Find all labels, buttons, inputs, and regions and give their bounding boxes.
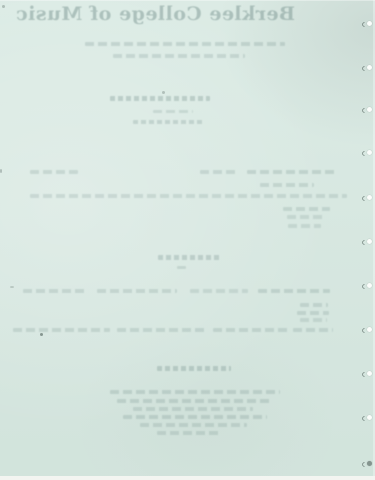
punch-hole xyxy=(367,195,372,200)
punch-hole xyxy=(367,461,372,466)
bleedthrough-text-line xyxy=(293,328,333,332)
ink-speck xyxy=(10,286,14,288)
bleedthrough-text-line xyxy=(133,120,205,124)
bleedthrough-text-line xyxy=(288,224,321,228)
scan-edge-top xyxy=(0,0,375,1)
bleedthrough-text-line xyxy=(117,399,273,403)
bleedthrough-text-line xyxy=(30,170,78,174)
bleedthrough-text-line xyxy=(300,303,328,307)
punch-hole xyxy=(367,371,372,376)
bleedthrough-text-line xyxy=(247,170,335,174)
ink-speck xyxy=(162,91,165,94)
bleedthrough-text-line xyxy=(287,215,326,219)
bleedthrough-text-line xyxy=(158,255,220,260)
bleedthrough-text-line xyxy=(300,318,327,322)
bleedthrough-text-line xyxy=(85,42,285,46)
bleedthrough-text-line xyxy=(157,431,220,435)
punch-hole xyxy=(367,327,372,332)
bleedthrough-text-line xyxy=(133,407,253,411)
punch-hole xyxy=(367,415,372,420)
bleedthrough-text-line xyxy=(13,328,110,332)
bleedthrough-text-line xyxy=(213,328,290,332)
punch-hole xyxy=(367,21,372,26)
bleedthrough-text-line xyxy=(23,289,87,293)
ink-speck xyxy=(40,333,43,336)
bleedthrough-text-line xyxy=(177,266,186,269)
bleedthrough-text-line xyxy=(30,194,347,198)
ink-speck xyxy=(0,169,2,173)
bleedthrough-text-line xyxy=(113,54,245,58)
bleedthrough-text-line xyxy=(283,207,330,211)
scan-edge-bottom xyxy=(0,476,375,480)
bleedthrough-text-line xyxy=(117,328,207,332)
bleedthrough-text-line xyxy=(297,311,329,315)
ink-speck xyxy=(2,5,5,8)
bleedthrough-letterhead-title: Berklee College of Music xyxy=(40,3,295,25)
bleedthrough-text-line xyxy=(140,423,247,427)
punch-hole xyxy=(367,65,372,70)
scanned-page: Berklee College of Music xyxy=(0,0,375,480)
punch-hole xyxy=(367,107,372,112)
bleedthrough-text-line xyxy=(110,96,210,101)
bleedthrough-text-line xyxy=(260,183,314,187)
bleedthrough-text-line xyxy=(258,289,330,293)
bleedthrough-text-line xyxy=(123,415,267,419)
bleedthrough-text-line xyxy=(97,289,177,293)
bleedthrough-text-line xyxy=(153,110,193,113)
punch-hole xyxy=(367,239,372,244)
bleedthrough-text-line xyxy=(157,366,231,371)
punch-hole xyxy=(367,283,372,288)
bleedthrough-text-line xyxy=(110,390,280,394)
punch-hole xyxy=(367,150,372,155)
bleedthrough-text-line xyxy=(200,170,236,174)
bleedthrough-text-line xyxy=(190,289,248,293)
